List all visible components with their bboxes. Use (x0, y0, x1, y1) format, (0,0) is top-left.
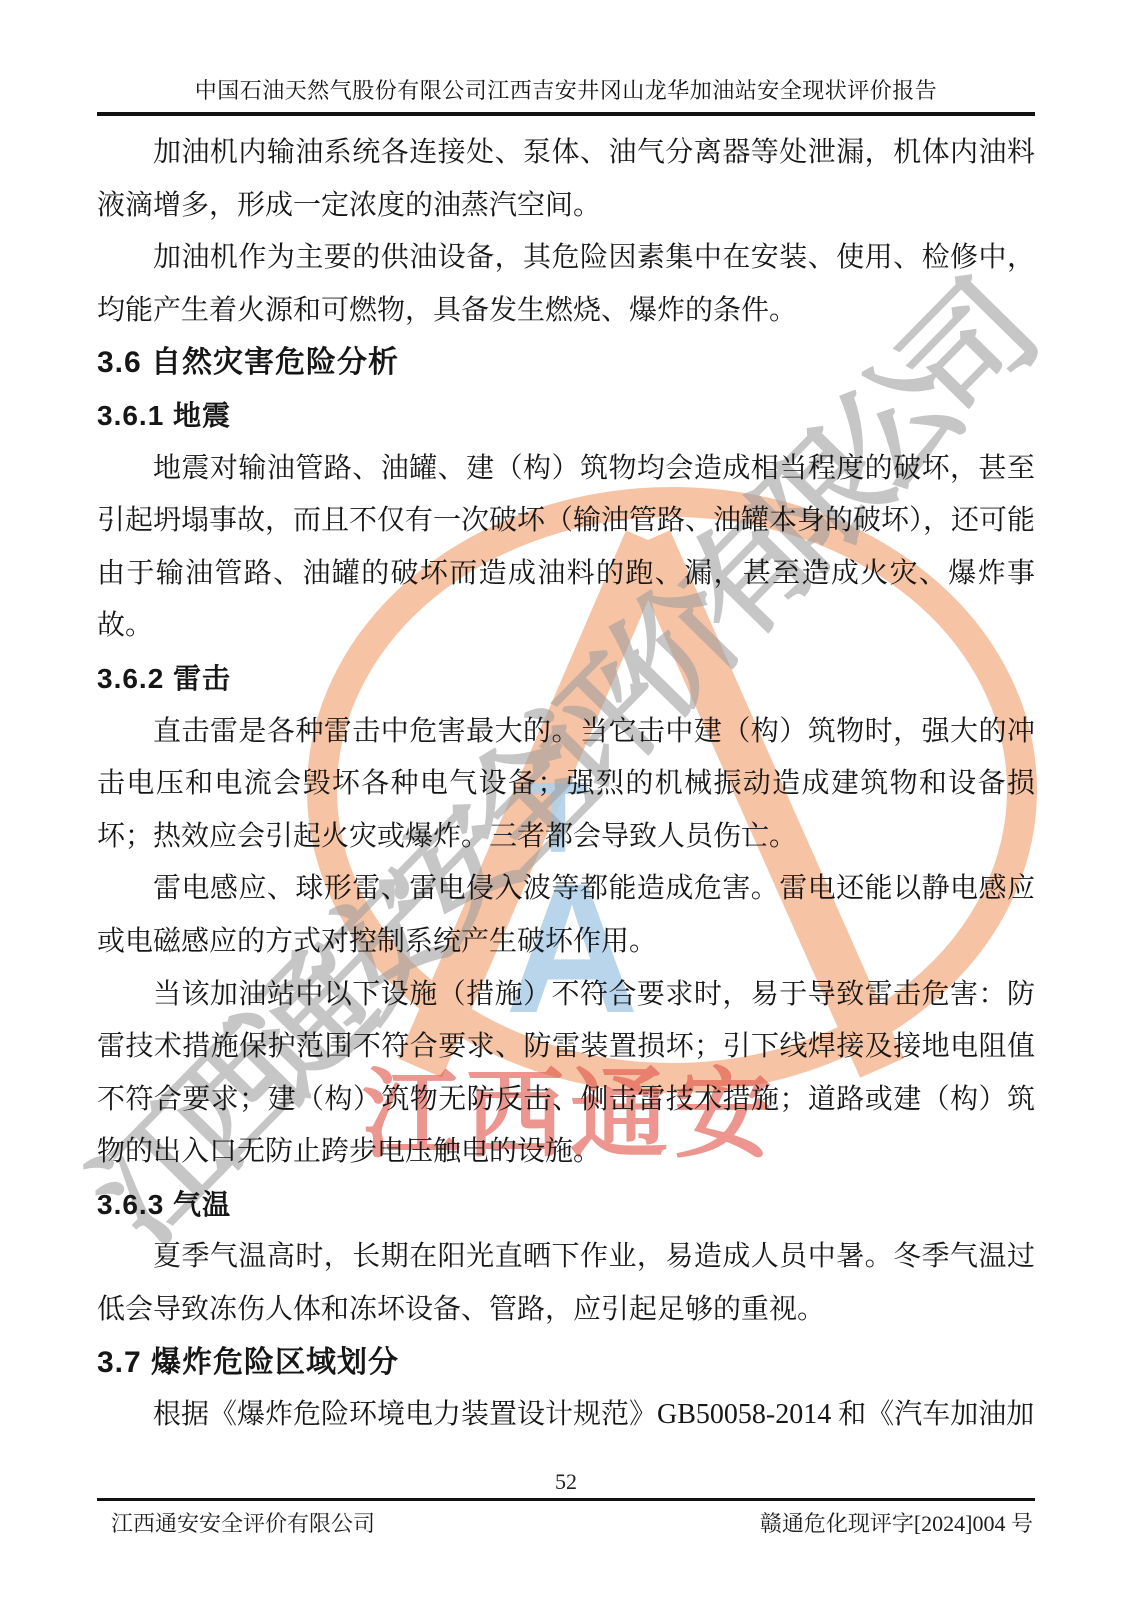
footer-rule (97, 1498, 1035, 1501)
document-footer: 52 江西通安安全评价有限公司 赣通危化现评字[2024]004 号 (97, 1469, 1035, 1600)
body-paragraph: 雷电感应、球形雷、雷电侵入波等都能造成危害。雷电还能以静电感应或电磁感应的方式对… (97, 863, 1035, 968)
header-rule (97, 112, 1035, 116)
body-paragraph: 直击雷是各种雷击中危害最大的。当它击中建（构）筑物时，强大的冲击电压和电流会毁坏… (97, 706, 1035, 864)
body-paragraph: 加油机内输油系统各连接处、泵体、油气分离器等处泄漏，机体内油料液滴增多，形成一定… (97, 127, 1035, 232)
footer-document-number: 赣通危化现评字[2024]004 号 (760, 1507, 1035, 1538)
subsection-heading: 3.6.1 地震 (97, 390, 1035, 443)
section-heading: 3.7 爆炸危险区域划分 (97, 1337, 1035, 1390)
subsection-heading: 3.6.3 气温 (97, 1179, 1035, 1232)
subsection-heading: 3.6.2 雷击 (97, 653, 1035, 706)
body-paragraph: 地震对输油管路、油罐、建（构）筑物均会造成相当程度的破坏，甚至引起坍塌事故，而且… (97, 443, 1035, 653)
body-paragraph: 加油机作为主要的供油设备，其危险因素集中在安装、使用、检修中，均能产生着火源和可… (97, 232, 1035, 337)
body-paragraph: 夏季气温高时，长期在阳光直晒下作业，易造成人员中暑。冬季气温过低会导致冻伤人体和… (97, 1231, 1035, 1336)
header-title: 中国石油天然气股份有限公司江西吉安井冈山龙华加油站安全现状评价报告 (97, 74, 1035, 105)
document-content: 中国石油天然气股份有限公司江西吉安井冈山龙华加油站安全现状评价报告 加油机内输油… (97, 0, 1035, 1442)
footer-company-name: 江西通安安全评价有限公司 (97, 1507, 375, 1538)
footer-row: 江西通安安全评价有限公司 赣通危化现评字[2024]004 号 (97, 1507, 1035, 1538)
body-paragraph: 根据《爆炸危险环境电力装置设计规范》GB50058-2014 和《汽车加油加 (97, 1389, 1035, 1442)
section-heading: 3.6 自然灾害危险分析 (97, 337, 1035, 390)
body-paragraph: 当该加油站中以下设施（措施）不符合要求时，易于导致雷击危害：防雷技术措施保护范围… (97, 969, 1035, 1179)
document-body: 加油机内输油系统各连接处、泵体、油气分离器等处泄漏，机体内油料液滴增多，形成一定… (97, 127, 1035, 1442)
document-header: 中国石油天然气股份有限公司江西吉安井冈山龙华加油站安全现状评价报告 (97, 74, 1035, 116)
document-page: T A 江西通安安全评价有限公司 江西通安 中国石油天然气股份有限公司江西吉安井… (0, 0, 1131, 1600)
page-number: 52 (97, 1469, 1035, 1495)
